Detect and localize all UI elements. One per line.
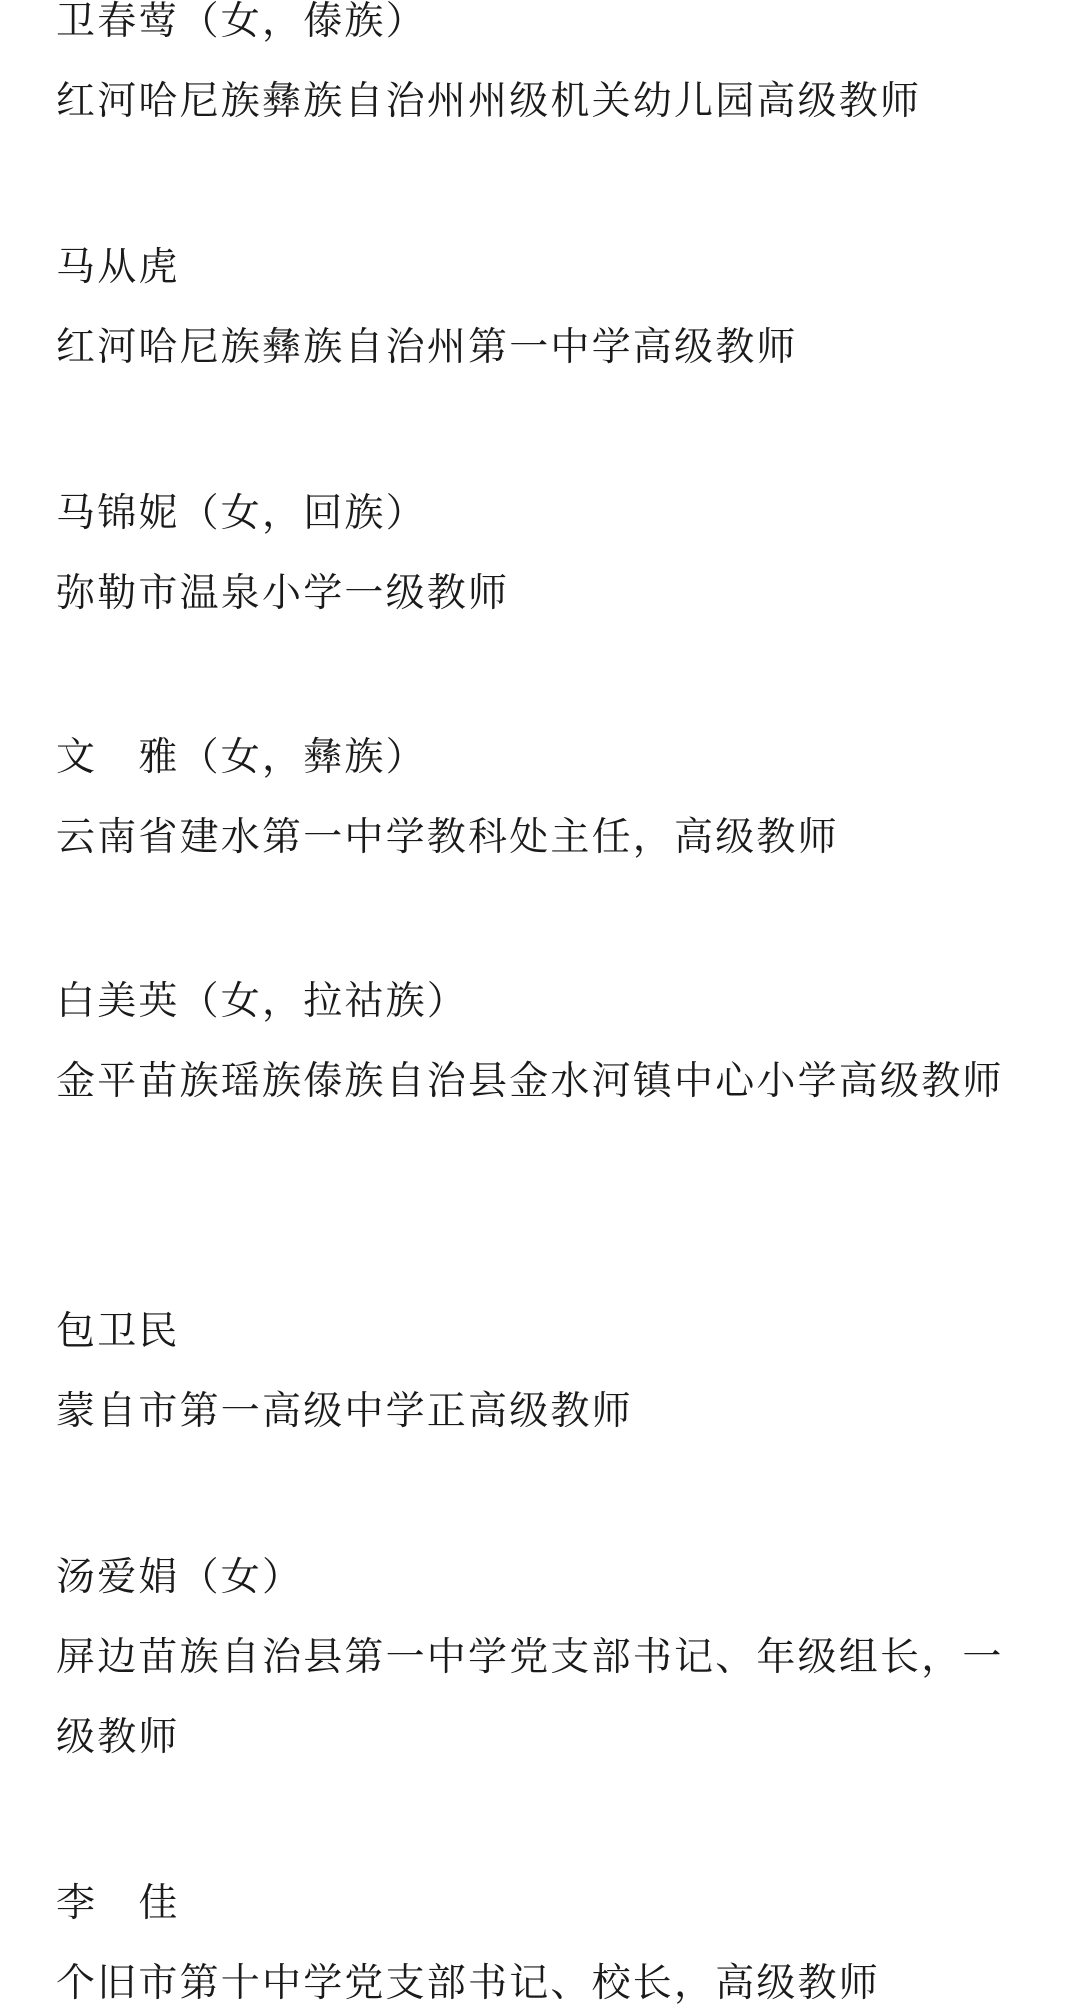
teacher-name: 白美英（女，拉祜族） bbox=[56, 962, 1036, 1042]
teacher-position: 个旧市第十中学党支部书记、校长，高级教师 bbox=[56, 1944, 1036, 2016]
teacher-position: 红河哈尼族彝族自治州第一中学高级教师 bbox=[56, 308, 1036, 388]
teacher-position: 弥勒市温泉小学一级教师 bbox=[56, 554, 1036, 634]
list-item: 马从虎 红河哈尼族彝族自治州第一中学高级教师 bbox=[56, 228, 1036, 388]
list-item: 白美英（女，拉祜族） 金平苗族瑶族傣族自治县金水河镇中心小学高级教师 bbox=[56, 962, 1036, 1122]
list-item: 包卫民 蒙自市第一高级中学正高级教师 bbox=[56, 1292, 1036, 1452]
teacher-name: 马锦妮（女，回族） bbox=[56, 474, 1036, 554]
list-item: 卫春莺（女，傣族） 红河哈尼族彝族自治州州级机关幼儿园高级教师 bbox=[56, 0, 1036, 142]
teacher-position: 云南省建水第一中学教科处主任，高级教师 bbox=[56, 798, 1036, 878]
teacher-name: 包卫民 bbox=[56, 1292, 1036, 1372]
list-item: 李 佳 个旧市第十中学党支部书记、校长，高级教师 bbox=[56, 1864, 1036, 2016]
list-item: 汤爱娟（女） 屏边苗族自治县第一中学党支部书记、年级组长，一级教师 bbox=[56, 1538, 1036, 1778]
teacher-name: 卫春莺（女，傣族） bbox=[56, 0, 1036, 62]
teacher-name: 李 佳 bbox=[56, 1864, 1036, 1944]
list-item: 马锦妮（女，回族） 弥勒市温泉小学一级教师 bbox=[56, 474, 1036, 634]
teacher-name: 文 雅（女，彝族） bbox=[56, 718, 1036, 798]
teacher-position: 红河哈尼族彝族自治州州级机关幼儿园高级教师 bbox=[56, 62, 1036, 142]
list-item: 文 雅（女，彝族） 云南省建水第一中学教科处主任，高级教师 bbox=[56, 718, 1036, 878]
teacher-name: 汤爱娟（女） bbox=[56, 1538, 1036, 1618]
teacher-position: 蒙自市第一高级中学正高级教师 bbox=[56, 1372, 1036, 1452]
teacher-position: 屏边苗族自治县第一中学党支部书记、年级组长，一级教师 bbox=[56, 1618, 1036, 1778]
teacher-position: 金平苗族瑶族傣族自治县金水河镇中心小学高级教师 bbox=[56, 1042, 1036, 1122]
teacher-name: 马从虎 bbox=[56, 228, 1036, 308]
